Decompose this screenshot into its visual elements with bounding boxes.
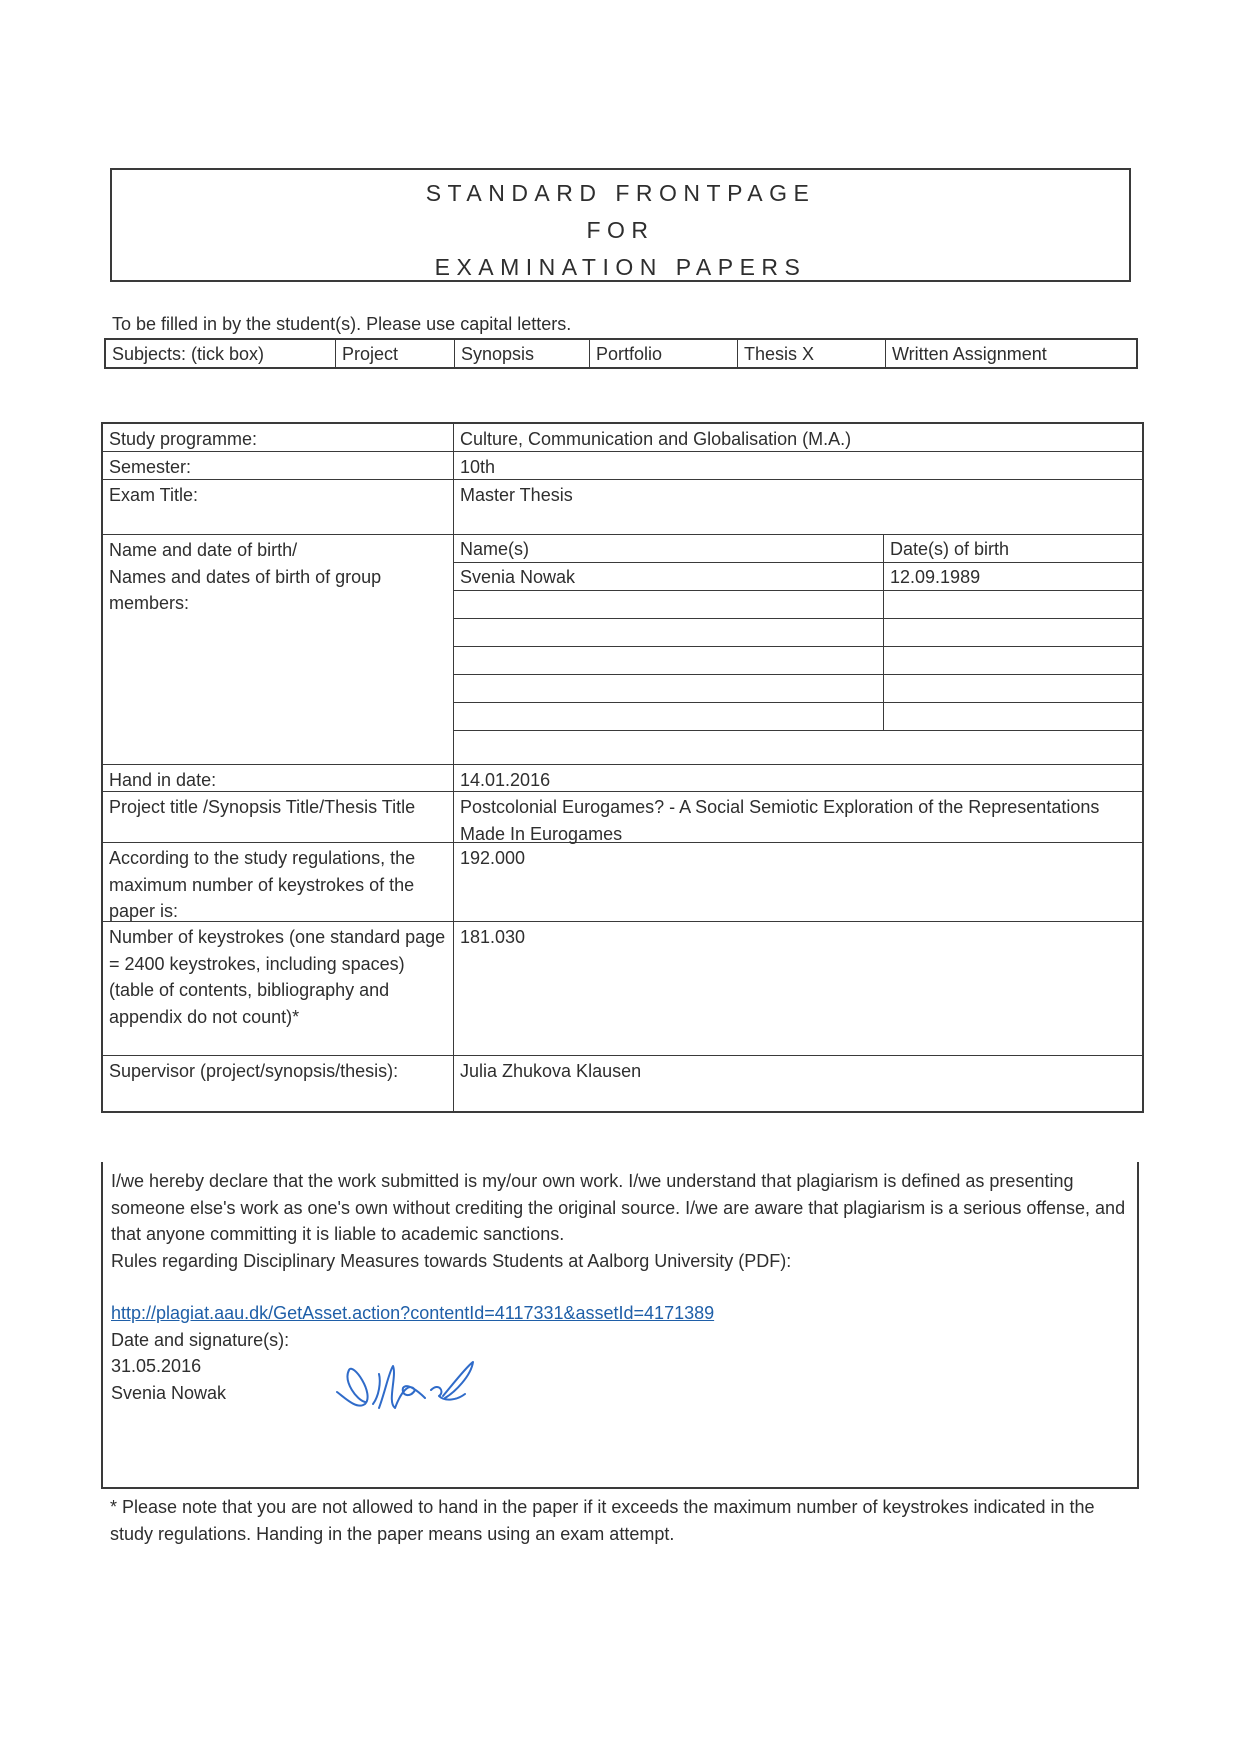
subject-option-project[interactable]: Project <box>336 340 455 367</box>
signature-date: 31.05.2016 <box>111 1353 1129 1380</box>
title-line-1: STANDARD FRONTPAGE <box>112 180 1129 207</box>
subjects-row: Subjects: (tick box) Project Synopsis Po… <box>104 338 1138 369</box>
members-label-line-2: Names and dates of birth of group <box>109 564 447 591</box>
subjects-label: Subjects: (tick box) <box>106 340 336 367</box>
title-line-2: FOR <box>112 217 1129 244</box>
max-keystrokes-label: According to the study regulations, the … <box>103 843 454 921</box>
member-dob[interactable] <box>884 647 1142 674</box>
declaration-text: I/we hereby declare that the work submit… <box>111 1168 1129 1248</box>
subject-option-portfolio[interactable]: Portfolio <box>590 340 738 367</box>
exam-title-value[interactable]: Master Thesis <box>454 480 1142 534</box>
row-exam-title: Exam Title: Master Thesis <box>103 480 1142 535</box>
row-semester: Semester: 10th <box>103 452 1142 480</box>
row-keystrokes: Number of keystrokes (one standard page … <box>103 922 1142 1056</box>
row-study-programme: Study programme: Culture, Communication … <box>103 424 1142 452</box>
fill-instruction: To be filled in by the student(s). Pleas… <box>112 314 571 335</box>
member-name[interactable] <box>454 591 884 618</box>
footnote: * Please note that you are not allowed t… <box>110 1494 1130 1547</box>
member-row <box>454 675 1142 703</box>
signer-name: Svenia Nowak <box>111 1380 1129 1407</box>
rules-pdf-link[interactable]: http://plagiat.aau.dk/GetAsset.action?co… <box>111 1300 714 1327</box>
row-hand-in-date: Hand in date: 14.01.2016 <box>103 765 1142 792</box>
exam-title-label: Exam Title: <box>103 480 454 534</box>
max-keystrokes-value[interactable]: 192.000 <box>454 843 1142 921</box>
member-name[interactable] <box>454 703 884 730</box>
exam-form-table: Study programme: Culture, Communication … <box>101 422 1144 1113</box>
hand-in-date-label: Hand in date: <box>103 765 454 791</box>
member-dob[interactable] <box>884 591 1142 618</box>
member-name[interactable]: Svenia Nowak <box>454 563 884 590</box>
semester-label: Semester: <box>103 452 454 479</box>
member-dob[interactable] <box>884 703 1142 730</box>
signature-label: Date and signature(s): <box>111 1327 1129 1354</box>
row-supervisor: Supervisor (project/synopsis/thesis): Ju… <box>103 1056 1142 1111</box>
rules-label: Rules regarding Disciplinary Measures to… <box>111 1248 1129 1275</box>
member-name[interactable] <box>454 647 884 674</box>
project-title-label: Project title /Synopsis Title/Thesis Tit… <box>103 792 454 842</box>
study-programme-label: Study programme: <box>103 424 454 451</box>
subject-option-thesis[interactable]: Thesis X <box>738 340 886 367</box>
member-row <box>454 591 1142 619</box>
semester-value[interactable]: 10th <box>454 452 1142 479</box>
study-programme-value[interactable]: Culture, Communication and Globalisation… <box>454 424 1142 451</box>
member-dob[interactable] <box>884 619 1142 646</box>
members-grid-cell: Name(s) Date(s) of birth Svenia Nowak 12… <box>454 535 1142 764</box>
members-grid: Name(s) Date(s) of birth Svenia Nowak 12… <box>454 535 1142 759</box>
title-line-3: EXAMINATION PAPERS <box>112 254 1129 281</box>
row-members: Name and date of birth/ Names and dates … <box>103 535 1142 765</box>
supervisor-value[interactable]: Julia Zhukova Klausen <box>454 1056 1142 1111</box>
member-dob[interactable]: 12.09.1989 <box>884 563 1142 590</box>
document-title-box: STANDARD FRONTPAGE FOR EXAMINATION PAPER… <box>110 168 1131 282</box>
member-row <box>454 647 1142 675</box>
member-name[interactable] <box>454 619 884 646</box>
hand-in-date-value[interactable]: 14.01.2016 <box>454 765 1142 791</box>
subject-option-synopsis[interactable]: Synopsis <box>455 340 590 367</box>
handwritten-signature <box>335 1352 485 1422</box>
col-header-dob: Date(s) of birth <box>884 535 1142 562</box>
subject-option-written-assignment[interactable]: Written Assignment <box>886 340 1136 367</box>
project-title-value[interactable]: Postcolonial Eurogames? - A Social Semio… <box>454 792 1142 842</box>
member-row <box>454 703 1142 731</box>
members-label: Name and date of birth/ Names and dates … <box>103 535 454 764</box>
row-max-keystrokes: According to the study regulations, the … <box>103 843 1142 922</box>
declaration-box: I/we hereby declare that the work submit… <box>101 1162 1139 1489</box>
row-title: Project title /Synopsis Title/Thesis Tit… <box>103 792 1142 843</box>
keystrokes-value[interactable]: 181.030 <box>454 922 1142 1055</box>
keystrokes-label: Number of keystrokes (one standard page … <box>103 922 454 1055</box>
members-label-line-3: members: <box>109 590 447 617</box>
col-header-names: Name(s) <box>454 535 884 562</box>
members-grid-header: Name(s) Date(s) of birth <box>454 535 1142 563</box>
members-grid-spacer <box>454 731 1142 759</box>
member-row: Svenia Nowak 12.09.1989 <box>454 563 1142 591</box>
member-row <box>454 619 1142 647</box>
member-name[interactable] <box>454 675 884 702</box>
supervisor-label: Supervisor (project/synopsis/thesis): <box>103 1056 454 1111</box>
member-dob[interactable] <box>884 675 1142 702</box>
members-label-line-1: Name and date of birth/ <box>109 537 447 564</box>
